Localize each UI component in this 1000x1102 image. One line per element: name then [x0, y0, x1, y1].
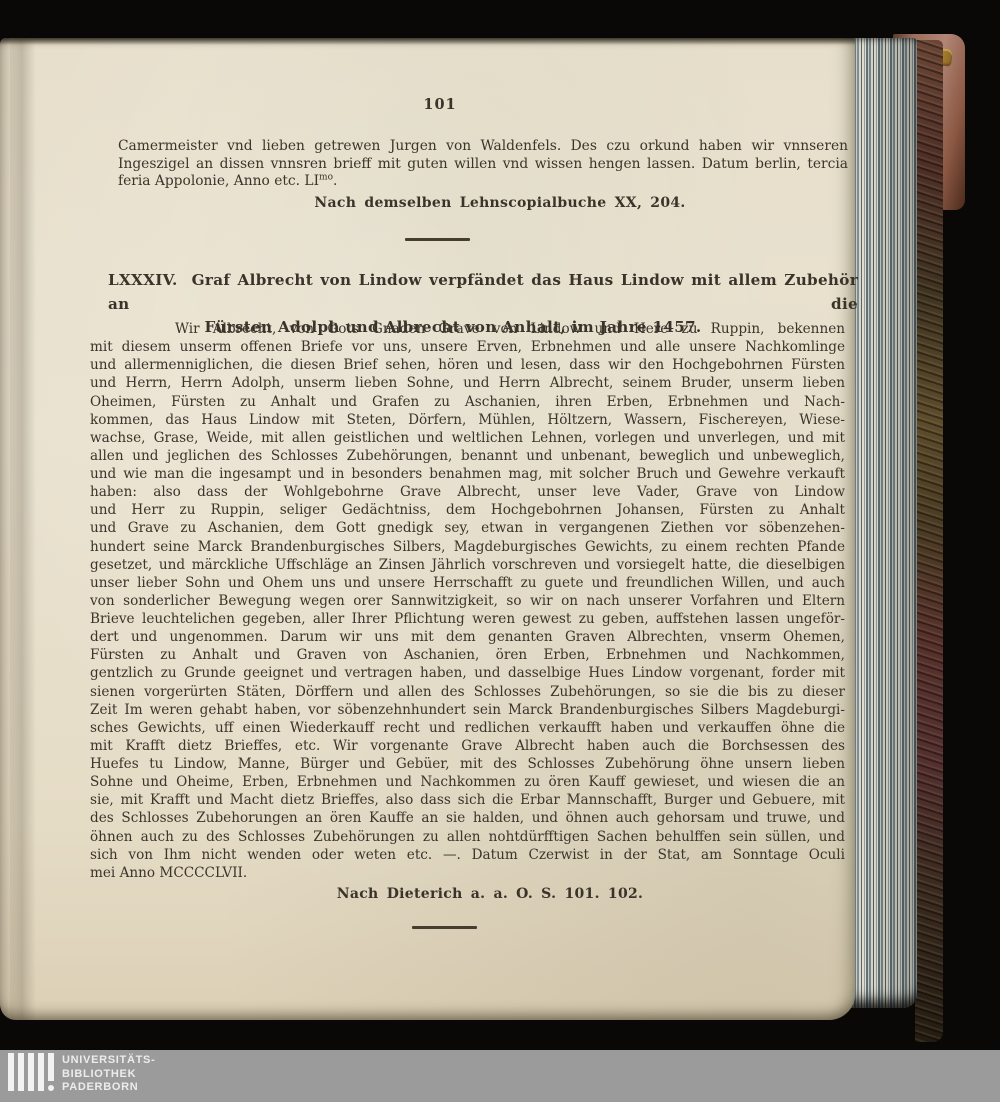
body-line: und allermenniglichen, die diesen Brief … — [90, 356, 845, 374]
body-line: allen und jeglichen des Schlosses Zubehö… — [90, 447, 845, 465]
body-line: und Grave zu Aschanien, dem Gott gnedigk… — [90, 519, 845, 537]
body-line: und wie man die ingesampt und in besonde… — [90, 465, 845, 483]
charter-body: Wir Albrecht, von Gots Gnaden Grave von … — [90, 320, 845, 882]
charter-heading-line1: LXXXIV.Graf Albrecht von Lindow verpfänd… — [108, 269, 858, 316]
logo-bar — [38, 1053, 44, 1091]
logo-bar — [8, 1053, 14, 1091]
body-line: Sohne und Oheime, Erben, Erbnehmen und N… — [90, 773, 845, 791]
intro-paragraph: Camermeister vnd lieben getrewen Jurgen … — [118, 138, 848, 191]
book-scan: 101 Camermeister vnd lieben getrewen Jur… — [0, 0, 1000, 1102]
body-line: mit Krafft dietz Brieffes, etc. Wir vorg… — [90, 737, 845, 755]
divider-rule-1 — [405, 238, 470, 241]
body-line: gesetzet, und märckliche Uffschläge an Z… — [90, 556, 845, 574]
book-page: 101 Camermeister vnd lieben getrewen Jur… — [0, 38, 855, 1020]
body-line: Zeit Im weren gehabt haben, vor söbenzeh… — [90, 701, 845, 719]
book-page-edges — [850, 38, 917, 1008]
charter-title-line1: Graf Albrecht von Lindow verpfändet das … — [108, 271, 858, 313]
body-line: Wir Albrecht, von Gots Gnaden Grave von … — [90, 320, 845, 338]
body-line: sienen vorgerürten Stäten, Dörffern und … — [90, 683, 845, 701]
body-line: sich von Ihm nicht wenden oder weten etc… — [90, 846, 845, 864]
intro-line-text: feria Appolonie, Anno etc. LI — [118, 173, 319, 189]
body-line: hundert seine Marck Brandenburgisches Si… — [90, 538, 845, 556]
body-line: dert und ungenommen. Darum wir uns mit d… — [90, 628, 845, 646]
intro-line: Ingeszigel an dissen vnnsren brieff mit … — [118, 156, 848, 174]
body-line: kommen, das Haus Lindow mit Steten, Dörf… — [90, 411, 845, 429]
body-line: öhnen auch zu des Schlosses Zubehörungen… — [90, 828, 845, 846]
intro-line: feria Appolonie, Anno etc. LImo. — [118, 173, 848, 191]
library-name-line: UNIVERSITÄTS- — [62, 1054, 155, 1068]
logo-exclamation-bar — [48, 1053, 54, 1091]
library-name-line: PADERBORN — [62, 1081, 155, 1095]
body-line: sches Gewichts, uff einen Wiederkauff re… — [90, 719, 845, 737]
body-line: unser lieber Sohn und Ohem uns und unser… — [90, 574, 845, 592]
body-line: haben: also dass der Wohlgebohrne Grave … — [90, 483, 845, 501]
body-line: Huefes tu Lindow, Manne, Bürger und Gebü… — [90, 755, 845, 773]
body-line: mit diesem unserm offenen Briefe vor uns… — [90, 338, 845, 356]
charter-number: LXXXIV. — [108, 271, 192, 289]
body-line: sie, mit Krafft und Macht dietz Brieffes… — [90, 791, 845, 809]
body-line: und Herr zu Ruppin, seliger Gedächtniss,… — [90, 501, 845, 519]
divider-rule-2 — [412, 926, 477, 929]
body-line: von sonderlicher Bewegung wegen orer San… — [90, 592, 845, 610]
book-cover-edge — [915, 40, 943, 1042]
logo-bar — [18, 1053, 24, 1091]
body-line: mei Anno MCCCCLVII. — [90, 864, 845, 882]
logo-bar — [28, 1053, 34, 1091]
body-line: und Herrn, Herrn Adolph, unserm lieben S… — [90, 374, 845, 392]
library-name: UNIVERSITÄTS- BIBLIOTHEK PADERBORN — [62, 1054, 155, 1095]
library-banner: UNIVERSITÄTS- BIBLIOTHEK PADERBORN — [0, 1050, 1000, 1102]
ub-paderborn-logo — [8, 1053, 54, 1099]
body-line: Brieve leuchtelichen gegeben, aller Ihre… — [90, 610, 845, 628]
page-number: 101 — [420, 96, 460, 113]
library-name-line: BIBLIOTHEK — [62, 1068, 155, 1082]
body-line: des Schlosses Zubehorungen an ören Kauff… — [90, 809, 845, 827]
body-line: gentzlich zu Grunde geeignet und vertrag… — [90, 664, 845, 682]
intro-line-period: . — [333, 173, 337, 189]
superscript-mo: mo — [319, 173, 333, 183]
intro-line: Camermeister vnd lieben getrewen Jurgen … — [118, 138, 848, 156]
body-line: Oheimen, Fürsten zu Anhalt und Grafen zu… — [90, 393, 845, 411]
source-reference-2: Nach Dieterich a. a. O. S. 101. 102. — [115, 886, 865, 902]
body-line: wachse, Grase, Weide, mit allen geistlic… — [90, 429, 845, 447]
body-line: Fürsten zu Anhalt und Graven von Aschani… — [90, 646, 845, 664]
source-reference-1: Nach demselben Lehnscopialbuche XX, 204. — [130, 195, 870, 211]
